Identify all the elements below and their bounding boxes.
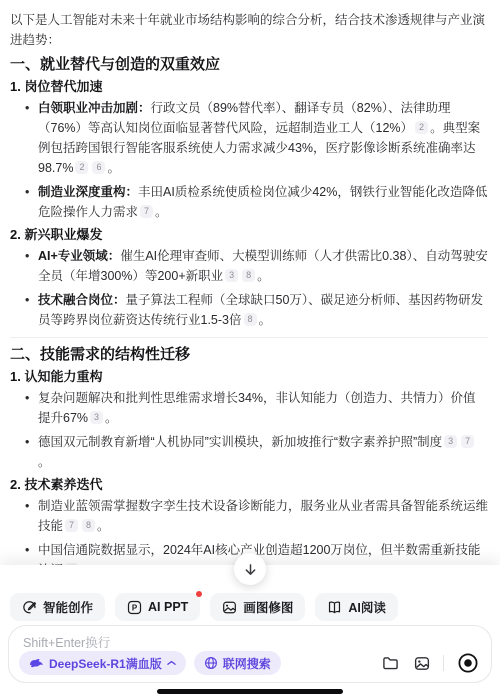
notification-dot — [196, 591, 202, 597]
body-text: 。 — [97, 519, 110, 533]
arrow-down-icon — [243, 562, 258, 577]
composer-input[interactable] — [23, 633, 477, 653]
bullet-marker: • — [25, 432, 29, 452]
feature-button-ai-ppt[interactable]: PAI PPT — [115, 593, 200, 621]
stop-icon — [457, 652, 479, 674]
folder-icon — [381, 655, 400, 672]
bullet-lead-text: 制造业深度重构： — [38, 185, 138, 199]
body-text: 。 — [259, 313, 272, 327]
web-search-label: 联网搜索 — [223, 655, 271, 672]
body-text: 。 — [105, 411, 118, 425]
citation-badge[interactable]: 3 — [444, 435, 457, 448]
sub-heading: 1. 认知能力重构 — [10, 368, 488, 385]
citation-badge[interactable]: 8 — [244, 313, 257, 326]
body-text: 德国双元制教育新增“人机协同”实训模块，新加坡推行“数字素养护照”制度 — [38, 435, 442, 449]
citation-badge[interactable]: 7 — [65, 519, 78, 532]
feature-button-ai-reading[interactable]: AI阅读 — [315, 593, 398, 621]
section-heading: 二、技能需求的结构性迁移 — [10, 345, 488, 364]
message-bullet: •德国双元制教育新增“人机协同”实训模块，新加坡推行“数字素养护照”制度37。 — [10, 432, 488, 472]
citation-badge[interactable]: 2 — [415, 121, 428, 134]
composer[interactable]: DeepSeek-R1满血版 — [8, 625, 492, 683]
stop-generating-button[interactable] — [457, 652, 479, 674]
feature-button-image-edit[interactable]: 画图修图 — [210, 593, 305, 621]
citation-badge[interactable]: 3 — [90, 411, 103, 424]
citation-badge[interactable]: 8 — [242, 269, 255, 282]
body-text: 。 — [38, 455, 51, 469]
svg-text:P: P — [132, 603, 138, 612]
sub-heading: 2. 新兴职业爆发 — [10, 226, 488, 243]
message-bullet: •AI+专业领域：催生AI伦理审查师、大模型训练师（人才供需比0.38）、自动驾… — [10, 246, 488, 286]
model-label: DeepSeek-R1满血版 — [49, 655, 162, 672]
bullet-marker: • — [25, 98, 29, 118]
citation-badge[interactable]: 6 — [92, 161, 105, 174]
citation-badge[interactable]: 7 — [140, 205, 153, 218]
body-text: 复杂问题解决和批判性思维需求增长34%，非认知能力（创造力、共情力）价值提升67… — [38, 391, 476, 425]
feature-button-smart-writing[interactable]: 智能创作 — [10, 593, 105, 621]
globe-icon — [204, 656, 218, 670]
bullet-lead-text: 白领职业冲击加剧： — [38, 101, 151, 115]
feature-label: AI阅读 — [348, 598, 386, 616]
message-bullet: •复杂问题解决和批判性思维需求增长34%，非认知能力（创造力、共情力）价值提升6… — [10, 388, 488, 428]
sub-heading: 1. 岗位替代加速 — [10, 78, 488, 95]
sub-heading: 2. 技术素养迭代 — [10, 476, 488, 493]
body-text: 。 — [257, 269, 270, 283]
feature-label: AI PPT — [148, 600, 188, 614]
message-paragraph: 以下是人工智能对未来十年就业市场结构影响的综合分析，结合技术渗透规律与产业演进趋… — [10, 10, 488, 50]
bullet-marker: • — [25, 496, 29, 516]
scroll-to-bottom-button[interactable] — [234, 553, 266, 585]
home-indicator — [157, 689, 343, 694]
citation-badge[interactable]: 7 — [461, 435, 474, 448]
section-heading: 一、就业替代与创造的双重效应 — [10, 55, 488, 74]
chevron-up-icon — [167, 660, 176, 666]
bullet-marker: • — [25, 290, 29, 310]
pen-icon — [22, 600, 37, 615]
message-bullet: •制造业蓝领需掌握数字孪生技术设备诊断能力，服务业从业者需具备智能系统运维技能7… — [10, 496, 488, 536]
bullet-marker: • — [25, 246, 29, 266]
body-text: 。 — [155, 205, 168, 219]
web-search-toggle[interactable]: 联网搜索 — [194, 651, 281, 675]
feature-label: 画图修图 — [243, 598, 293, 616]
book-icon — [327, 600, 342, 615]
photo-icon — [413, 655, 431, 672]
citation-badge[interactable]: 3 — [225, 269, 238, 282]
message-bullet: •制造业深度重构：丰田AI质检系统使质检岗位减少42%，钢铁行业智能化改造降低危… — [10, 182, 488, 222]
bullet-marker: • — [25, 388, 29, 408]
message-content: 以下是人工智能对未来十年就业市场结构影响的综合分析，结合技术渗透规律与产业演进趋… — [0, 0, 500, 565]
attach-image-button[interactable] — [413, 655, 431, 672]
bullet-marker: • — [25, 540, 29, 560]
body-text: 。 — [107, 161, 120, 175]
bullet-lead-text: AI+专业领域： — [38, 249, 120, 263]
section-divider — [10, 337, 488, 338]
message-bullet: •技术融合岗位：量子算法工程师（全球缺口50万）、碳足迹分析师、基因药物研发员等… — [10, 290, 488, 330]
attach-file-button[interactable] — [381, 655, 400, 672]
whale-icon — [29, 658, 44, 669]
body-text: 以下是人工智能对未来十年就业市场结构影响的综合分析，结合技术渗透规律与产业演进趋… — [10, 13, 485, 47]
message-bullet: •白领职业冲击加剧：行政文员（89%替代率）、翻译专员（82%）、法律助理（76… — [10, 98, 488, 178]
ppt-icon: P — [127, 600, 142, 615]
bullet-lead-text: 技术融合岗位： — [38, 293, 126, 307]
image-edit-icon — [222, 600, 237, 615]
divider — [443, 655, 444, 671]
feature-row: 智能创作PAI PPT画图修图AI阅读 — [10, 593, 398, 621]
model-selector[interactable]: DeepSeek-R1满血版 — [19, 651, 186, 675]
app-screen: 以下是人工智能对未来十年就业市场结构影响的综合分析，结合技术渗透规律与产业演进趋… — [0, 0, 500, 697]
feature-label: 智能创作 — [43, 598, 93, 616]
citation-badge[interactable]: 2 — [75, 161, 88, 174]
bullet-marker: • — [25, 182, 29, 202]
composer-controls: DeepSeek-R1满血版 — [19, 651, 479, 675]
citation-badge[interactable]: 8 — [82, 519, 95, 532]
